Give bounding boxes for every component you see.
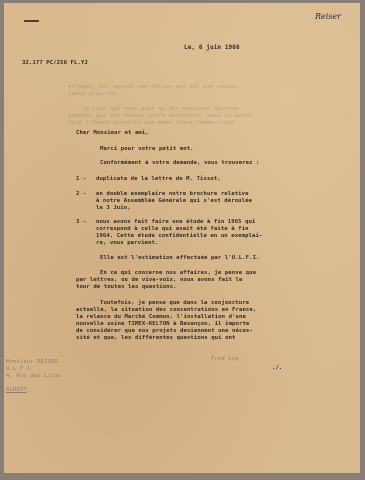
enclosure-3-number: 3 - — [76, 219, 86, 226]
intro-paragraph: Conformément à votre demande, vous trouv… — [100, 160, 260, 167]
addressee-city: ALBERT — [6, 387, 27, 394]
bleed-through-line: pements qui ont retenu notre attention, … — [68, 113, 252, 120]
letter-page: Reiser Le, 6 juin 1966 32.177 PC/256 FL.… — [4, 3, 360, 473]
bleed-through-line: estompé, est encore une notion qui eût é… — [68, 84, 241, 91]
enclosure-1-number: 1 - — [76, 176, 86, 183]
affairs-paragraph: par lettres, ou de vive-voix, nous avons… — [76, 277, 242, 284]
however-paragraph: nouvelle usine TIMEX-KELTON à Besançon, … — [76, 321, 249, 328]
date-line: Le, 6 juin 1966 — [184, 44, 240, 51]
enclosure-3-text: nous avons fait faire une étude à fin 19… — [96, 219, 256, 226]
estimation-line: Elle est l'estimation effectuée par l'U.… — [100, 255, 260, 262]
enclosure-2-text: le 3 Juin, — [96, 205, 131, 212]
enclosure-3-text: re, vous parvient. — [96, 240, 158, 247]
however-paragraph: sité et que, les différentes questions q… — [76, 335, 236, 342]
however-paragraph: de considérer que nos projets deviennent… — [76, 328, 253, 335]
affairs-paragraph: En ce qui concerne nos affaires, je pens… — [100, 270, 256, 277]
addressee-line: 4, Rue des Lilas — [6, 373, 61, 380]
thanks-paragraph: Merci pour votre petit mot. — [100, 146, 194, 153]
addressee-line: Monsieur REISER — [6, 359, 58, 366]
however-paragraph: la relance du Marché Commun, l'installat… — [76, 314, 246, 321]
continuation-mark: ./. — [272, 365, 282, 372]
enclosure-2-text: en double exemplaire notre brochure rela… — [96, 191, 249, 198]
affairs-paragraph: tour de toutes les questions. — [76, 284, 177, 291]
however-paragraph: Toutefois, je pense que dans la conjonct… — [100, 300, 249, 307]
margin-mark — [24, 20, 39, 22]
addressee-line: U.L.F.I. — [6, 366, 34, 373]
faint-signature: Fred Lip — [211, 356, 239, 363]
reference-line: 32.177 PC/256 FL.YJ — [22, 60, 88, 67]
however-paragraph: actuelle, la situation des concentration… — [76, 307, 256, 314]
enclosure-3-text: 1964. Cette étude confidentielle en un e… — [96, 233, 262, 240]
enclosure-2-text: à notre Assemblée Générale qui s'est dér… — [96, 198, 252, 205]
bleed-through-line: qu'à l'heure actuelle une même ligne com… — [68, 120, 234, 127]
salutation: Cher Monsieur et ami, — [76, 130, 149, 137]
bleed-through-line: table plus tôt. — [68, 91, 120, 98]
enclosure-3-text: correspond à celle qui avait été faite à… — [96, 226, 249, 233]
enclosure-1-text: duplicata de la lettre de M. Tissot, — [96, 176, 221, 183]
handwritten-note: Reiser — [315, 12, 341, 21]
enclosure-2-number: 2 - — [76, 191, 86, 198]
bleed-through-line: Je sais que vous avez vu des nouveaux dé… — [82, 106, 242, 113]
